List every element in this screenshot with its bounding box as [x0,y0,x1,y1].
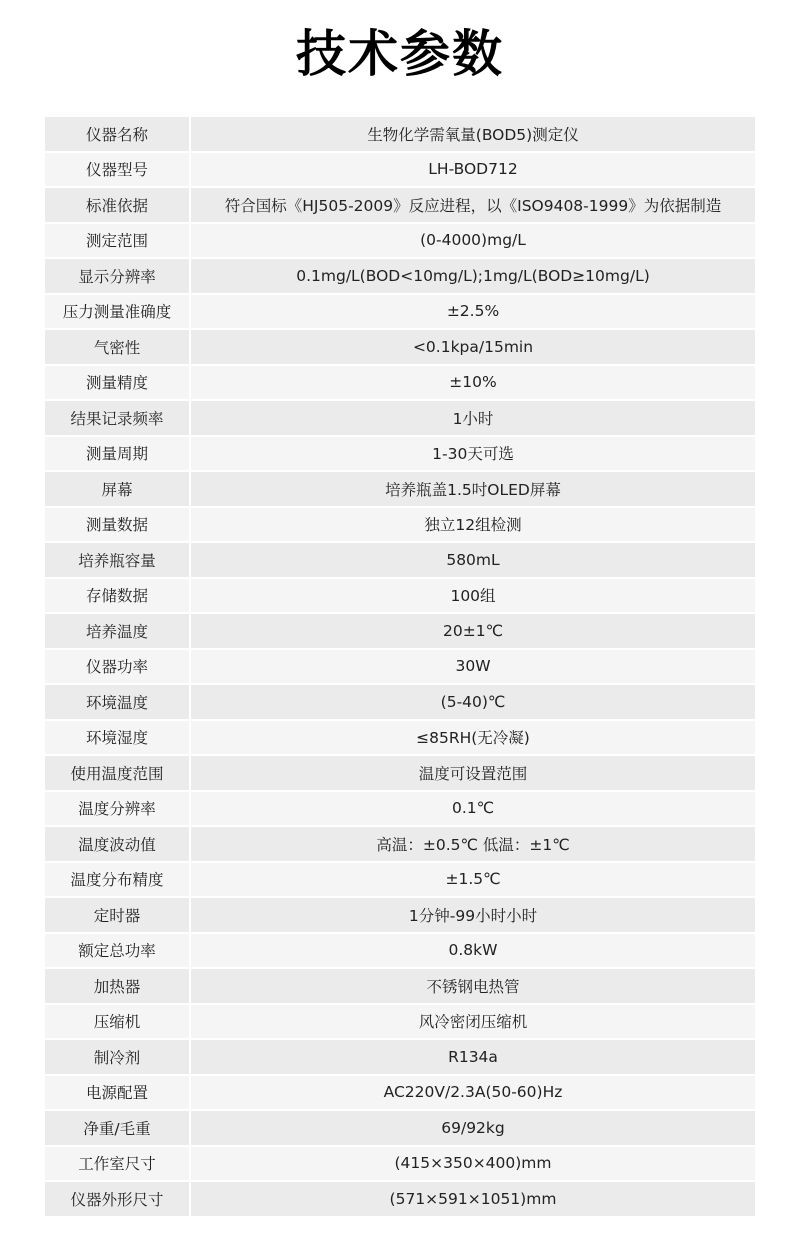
spec-label: 测量精度 [45,366,189,400]
spec-value: 培养瓶盖1.5吋OLED屏幕 [191,472,755,506]
spec-value: <0.1kpa/15min [191,330,755,364]
spec-row: 使用温度范围温度可设置范围 [45,756,755,790]
spec-label: 使用温度范围 [45,756,189,790]
spec-row: 培养瓶容量580mL [45,543,755,577]
spec-row: 加热器不锈钢电热管 [45,969,755,1003]
spec-value: 100组 [191,579,755,613]
spec-value: (0-4000)mg/L [191,224,755,258]
spec-value: (5-40)℃ [191,685,755,719]
spec-row: 显示分辨率0.1mg/L(BOD<10mg/L);1mg/L(BOD≥10mg/… [45,259,755,293]
spec-value: 20±1℃ [191,614,755,648]
spec-label: 测量数据 [45,508,189,542]
spec-label: 仪器型号 [45,153,189,187]
spec-value: R134a [191,1040,755,1074]
spec-label: 仪器名称 [45,117,189,151]
spec-label: 气密性 [45,330,189,364]
spec-value: 0.1mg/L(BOD<10mg/L);1mg/L(BOD≥10mg/L) [191,259,755,293]
spec-value: 生物化学需氧量(BOD5)测定仪 [191,117,755,151]
spec-label: 仪器外形尺寸 [45,1182,189,1216]
spec-row: 压力测量准确度±2.5% [45,295,755,329]
spec-row: 工作室尺寸(415×350×400)mm [45,1147,755,1181]
spec-value: (415×350×400)mm [191,1147,755,1181]
spec-row: 屏幕培养瓶盖1.5吋OLED屏幕 [45,472,755,506]
spec-row: 测量精度±10% [45,366,755,400]
spec-row: 环境湿度≤85RH(无冷凝) [45,721,755,755]
spec-value: 温度可设置范围 [191,756,755,790]
spec-value: LH-BOD712 [191,153,755,187]
spec-value: 高温：±0.5℃ 低温：±1℃ [191,827,755,861]
spec-value: AC220V/2.3A(50-60)Hz [191,1076,755,1110]
spec-label: 定时器 [45,898,189,932]
spec-row: 测量数据独立12组检测 [45,508,755,542]
spec-value: (571×591×1051)mm [191,1182,755,1216]
spec-label: 压力测量准确度 [45,295,189,329]
spec-row: 培养温度20±1℃ [45,614,755,648]
spec-label: 温度分辨率 [45,792,189,826]
spec-row: 存储数据100组 [45,579,755,613]
spec-label: 压缩机 [45,1005,189,1039]
spec-label: 工作室尺寸 [45,1147,189,1181]
spec-row: 净重/毛重69/92kg [45,1111,755,1145]
spec-label: 额定总功率 [45,934,189,968]
spec-label: 环境湿度 [45,721,189,755]
spec-value: 风冷密闭压缩机 [191,1005,755,1039]
spec-label: 存储数据 [45,579,189,613]
spec-value: 1小时 [191,401,755,435]
spec-label: 电源配置 [45,1076,189,1110]
spec-value: 69/92kg [191,1111,755,1145]
spec-row: 仪器名称生物化学需氧量(BOD5)测定仪 [45,117,755,151]
spec-value: 符合国标《HJ505-2009》反应进程，以《ISO9408-1999》为依据制… [191,188,755,222]
spec-row: 电源配置AC220V/2.3A(50-60)Hz [45,1076,755,1110]
spec-value: 1分钟-99小时小时 [191,898,755,932]
spec-label: 显示分辨率 [45,259,189,293]
spec-row: 仪器功率30W [45,650,755,684]
spec-row: 环境温度(5-40)℃ [45,685,755,719]
spec-label: 制冷剂 [45,1040,189,1074]
spec-row: 标准依据符合国标《HJ505-2009》反应进程，以《ISO9408-1999》… [45,188,755,222]
spec-row: 仪器型号LH-BOD712 [45,153,755,187]
spec-value: ±10% [191,366,755,400]
spec-row: 测定范围(0-4000)mg/L [45,224,755,258]
spec-label: 测定范围 [45,224,189,258]
spec-row: 仪器外形尺寸(571×591×1051)mm [45,1182,755,1216]
spec-row: 压缩机风冷密闭压缩机 [45,1005,755,1039]
spec-label: 结果记录频率 [45,401,189,435]
spec-label: 屏幕 [45,472,189,506]
spec-label: 培养瓶容量 [45,543,189,577]
spec-value: 0.8kW [191,934,755,968]
spec-row: 结果记录频率1小时 [45,401,755,435]
spec-label: 标准依据 [45,188,189,222]
spec-label: 培养温度 [45,614,189,648]
spec-value: ≤85RH(无冷凝) [191,721,755,755]
spec-label: 仪器功率 [45,650,189,684]
spec-row: 制冷剂R134a [45,1040,755,1074]
spec-row: 气密性<0.1kpa/15min [45,330,755,364]
spec-label: 环境温度 [45,685,189,719]
spec-value: 580mL [191,543,755,577]
spec-row: 定时器1分钟-99小时小时 [45,898,755,932]
spec-label: 测量周期 [45,437,189,471]
spec-label: 净重/毛重 [45,1111,189,1145]
spec-row: 温度波动值高温：±0.5℃ 低温：±1℃ [45,827,755,861]
spec-value: 30W [191,650,755,684]
page-title: 技术参数 [0,22,800,86]
spec-row: 温度分布精度±1.5℃ [45,863,755,897]
spec-value: 不锈钢电热管 [191,969,755,1003]
spec-value: 独立12组检测 [191,508,755,542]
spec-label: 加热器 [45,969,189,1003]
spec-row: 额定总功率0.8kW [45,934,755,968]
spec-row: 温度分辨率0.1℃ [45,792,755,826]
spec-table: 仪器名称生物化学需氧量(BOD5)测定仪仪器型号LH-BOD712标准依据符合国… [45,117,755,1218]
spec-value: 0.1℃ [191,792,755,826]
spec-row: 测量周期1-30天可选 [45,437,755,471]
spec-value: 1-30天可选 [191,437,755,471]
spec-value: ±1.5℃ [191,863,755,897]
spec-value: ±2.5% [191,295,755,329]
spec-label: 温度分布精度 [45,863,189,897]
spec-label: 温度波动值 [45,827,189,861]
